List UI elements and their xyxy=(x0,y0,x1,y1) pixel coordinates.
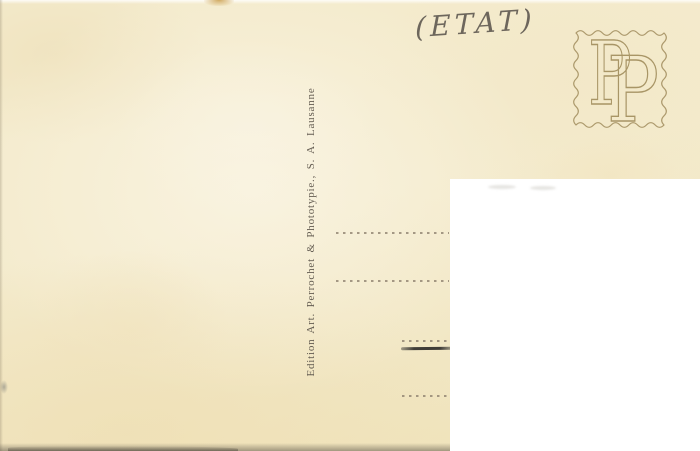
card-bottom-shadow-dark xyxy=(8,446,238,451)
paper-texture-blotch xyxy=(30,250,230,410)
address-dotted-line-2 xyxy=(336,280,449,282)
monogram-letter-right: P xyxy=(607,37,659,132)
card-left-edge-spot xyxy=(0,380,8,394)
pp-monogram-right: P xyxy=(607,37,659,132)
publisher-imprint: Edition Art. Perrochet & Phototypie., S.… xyxy=(303,60,319,404)
postcard-back: (ETAT) P P Edition Art. Perrochet & Phot… xyxy=(0,0,700,451)
card-top-edge xyxy=(0,0,700,4)
address-dotted-line-3 xyxy=(402,340,451,342)
paper-texture-blotch xyxy=(120,40,380,220)
handwritten-underline xyxy=(401,347,453,350)
address-dotted-line-4 xyxy=(402,395,451,397)
white-scan-patch xyxy=(450,179,700,451)
address-dotted-line-1 xyxy=(336,232,449,234)
stamp-box: P P xyxy=(571,26,669,132)
card-edge-notch xyxy=(204,0,234,6)
stamp-box-svg: P P xyxy=(571,26,669,132)
handwritten-annotation: (ETAT) xyxy=(415,1,565,68)
faint-smudge xyxy=(530,186,556,190)
faint-smudge xyxy=(488,185,516,189)
